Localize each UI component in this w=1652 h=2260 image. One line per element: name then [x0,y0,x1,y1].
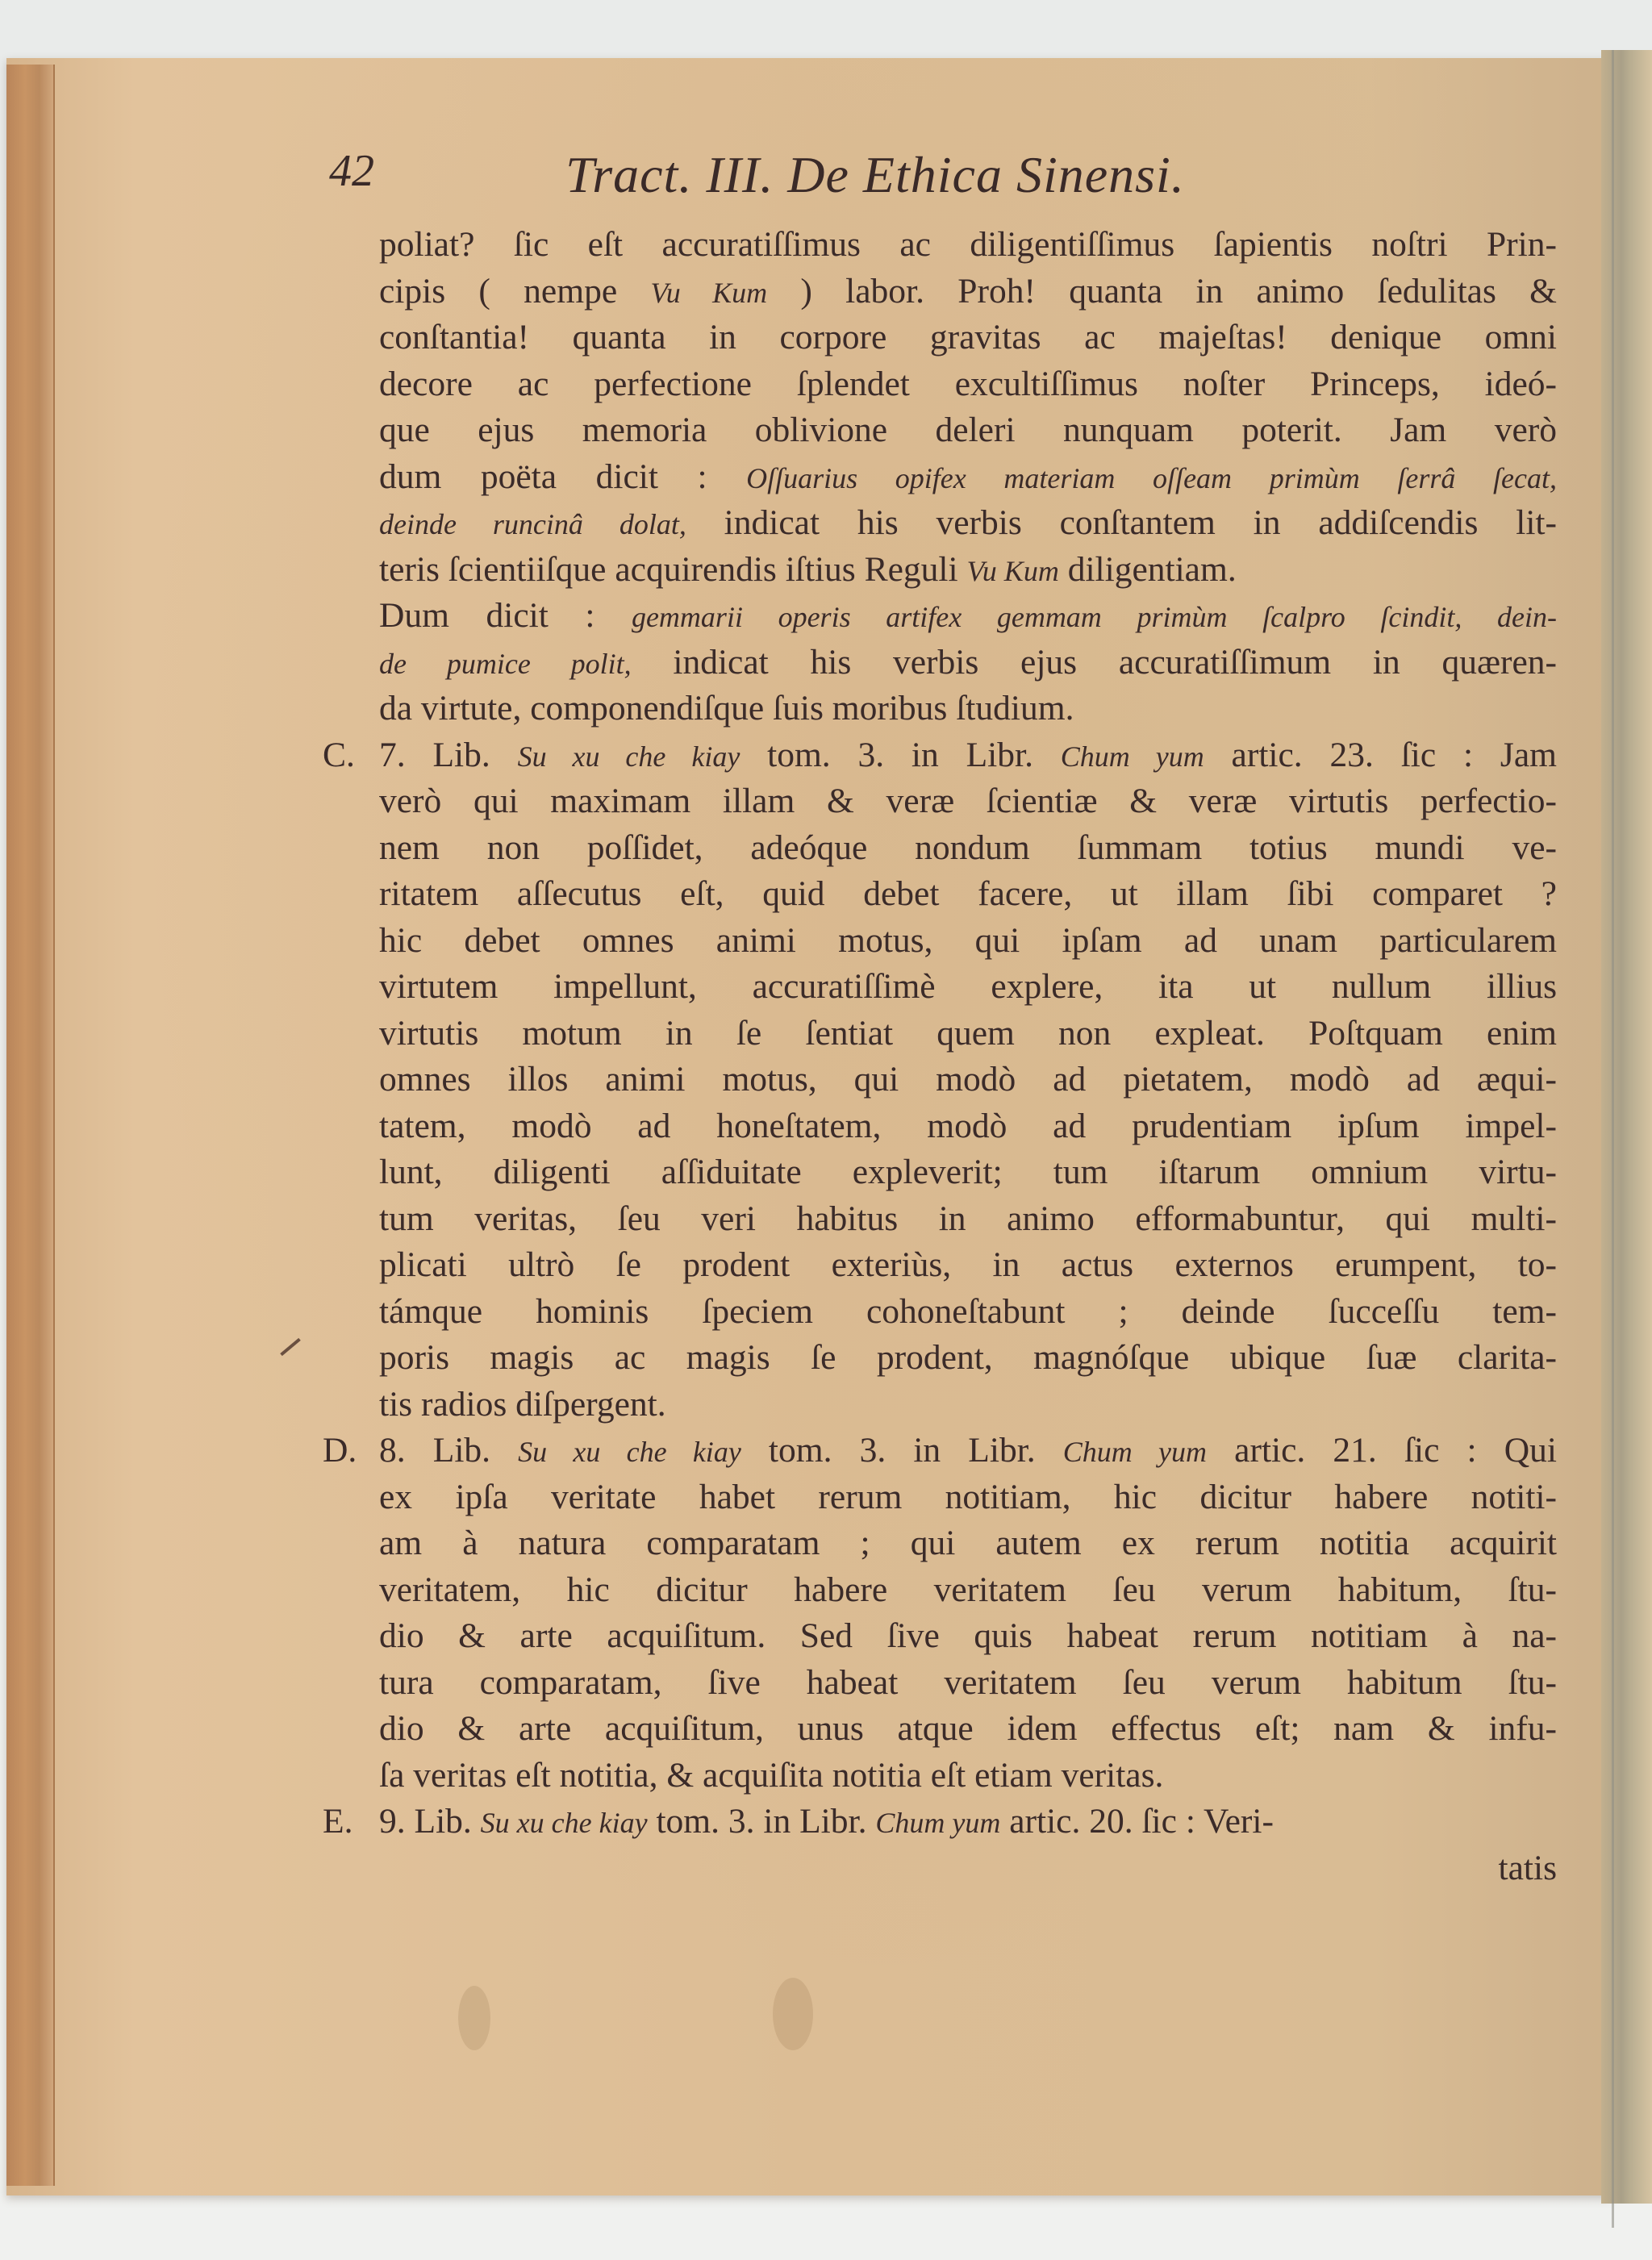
text-line: virtutem impellunt, accuratiſſimè expler… [323,964,1581,1011]
text-line: dio & arte acquiſitum, unus atque idem e… [323,1706,1581,1753]
text-line: deinde runcinâ dolat, indicat his verbis… [323,500,1581,547]
line-text: dio & arte acquiſitum. Sed ſive quis hab… [379,1613,1557,1660]
gutter-fold [1612,50,1614,2228]
italic-term: Su xu che kiay [518,1436,741,1468]
italic-term: deinde runcinâ dolat, [379,508,686,540]
line-text: ritatem aſſecutus eſt, quid debet facere… [379,871,1557,918]
text-run: hic debet omnes animi motus, qui ipſam a… [379,921,1557,960]
text-line: teris ſcientiiſque acquirendis iſtius Re… [323,547,1581,594]
text-line: virtutis motum in ſe ſentiat quem non ex… [323,1011,1581,1057]
line-text: nem non poſſidet, adeóque nondum ſummam … [379,825,1557,872]
text-run: 8. Lib. [379,1431,518,1470]
italic-term: Su xu che kiay [481,1807,648,1839]
italic-term: Vu Kum [966,555,1058,587]
text-line: tatem, modò ad honeſtatem, modò ad prude… [323,1103,1581,1150]
catchword: tatis [323,1845,1557,1892]
text-run: ſa veritas eſt notitia, & acquiſita noti… [379,1756,1163,1795]
text-run: ritatem aſſecutus eſt, quid debet facere… [379,874,1557,913]
stain [773,1978,813,2050]
text-line: de pumice polit, indicat his verbis ejus… [323,640,1581,686]
note-label: D. [323,1428,379,1474]
text-line: dio & arte acquiſitum. Sed ſive quis hab… [323,1613,1581,1660]
text-run: Dum dicit : [379,596,632,635]
line-text: conſtantia! quanta in corpore gravitas a… [379,315,1557,361]
text-run: diligentiam. [1059,550,1237,589]
text-run: dio & arte acquiſitum, unus atque idem e… [379,1709,1557,1748]
line-text: dum poëta dicit : Oſſuarius opifex mater… [379,454,1557,502]
line-text: poliat? ſic eſt accuratiſſimus ac dilige… [379,222,1557,269]
text-run: támque hominis ſpeciem cohoneſtabunt ; d… [379,1292,1557,1331]
line-text: am à natura comparatam ; qui autem ex re… [379,1520,1557,1567]
text-run: tis radios diſpergent. [379,1385,666,1424]
text-run: indicat his verbis ejus accuratiſſimum i… [632,643,1557,682]
note-line: C.7. Lib. Su xu che kiay tom. 3. in Libr… [323,732,1581,779]
line-text: lunt, diligenti aſſiduitate expleverit; … [379,1149,1557,1196]
line-text: 8. Lib. Su xu che kiay tom. 3. in Libr. … [379,1428,1557,1476]
text-line: omnes illos animi motus, qui modò ad pie… [323,1057,1581,1103]
text-run: tom. 3. in Libr. [648,1802,876,1841]
text-run: 7. Lib. [379,736,518,774]
text-run: artic. 23. ſic : Jam [1204,736,1557,774]
text-line: am à natura comparatam ; qui autem ex re… [323,1520,1581,1567]
note-label: C. [323,732,379,779]
text-run: da virtute, componendiſque ſuis moribus … [379,689,1074,728]
text-line: poris magis ac magis ſe prodent, magnóſq… [323,1335,1581,1382]
text-run: decore ac perfectione ſplendet excultiſſ… [379,365,1557,403]
text-run: tura comparatam, ſive habeat veritatem ſ… [379,1663,1557,1702]
italic-term: Su xu che kiay [518,740,740,773]
text-line: nem non poſſidet, adeóque nondum ſummam … [323,825,1581,872]
italic-term: Chum yum [1063,1436,1207,1468]
line-text: plicati ultrò ſe prodent exteriùs, in ac… [379,1242,1557,1289]
text-run: poliat? ſic eſt accuratiſſimus ac dilige… [379,225,1557,264]
text-run: cipis ( nempe [379,272,650,311]
stain [458,1986,490,2050]
line-text: hic debet omnes animi motus, qui ipſam a… [379,918,1557,965]
line-text: omnes illos animi motus, qui modò ad pie… [379,1057,1557,1103]
note-line: D.8. Lib. Su xu che kiay tom. 3. in Libr… [323,1428,1581,1474]
text-run: dum poëta dicit : [379,457,746,496]
line-text: 7. Lib. Su xu che kiay tom. 3. in Libr. … [379,732,1557,781]
text-line: conſtantia! quanta in corpore gravitas a… [323,315,1581,361]
line-text: tura comparatam, ſive habeat veritatem ſ… [379,1660,1557,1707]
line-text: virtutis motum in ſe ſentiat quem non ex… [379,1011,1557,1057]
text-line: lunt, diligenti aſſiduitate expleverit; … [323,1149,1581,1196]
body-text: poliat? ſic eſt accuratiſſimus ac dilige… [323,222,1581,1891]
line-text: dio & arte acquiſitum, unus atque idem e… [379,1706,1557,1753]
text-run: tom. 3. in Libr. [740,736,1060,774]
text-line: verò qui maximam illam & veræ ſcientiæ &… [323,778,1581,825]
text-line: cipis ( nempe Vu Kum ) labor. Proh! quan… [323,269,1581,315]
text-line: Dum dicit : gemmarii operis artifex gemm… [323,593,1581,640]
note-line: E.9. Lib. Su xu che kiay tom. 3. in Libr… [323,1799,1581,1845]
line-text: verò qui maximam illam & veræ ſcientiæ &… [379,778,1557,825]
line-text: da virtute, componendiſque ſuis moribus … [379,686,1557,732]
text-run: indicat his verbis conſtantem in addiſce… [686,503,1557,542]
line-text: tatem, modò ad honeſtatem, modò ad prude… [379,1103,1557,1150]
text-run: tom. 3. in Libr. [741,1431,1063,1470]
line-text: virtutem impellunt, accuratiſſimè expler… [379,964,1557,1011]
line-text: 9. Lib. Su xu che kiay tom. 3. in Libr. … [379,1799,1557,1847]
text-line: plicati ultrò ſe prodent exteriùs, in ac… [323,1242,1581,1289]
line-text: de pumice polit, indicat his verbis ejus… [379,640,1557,688]
text-run: que ejus memoria oblivione deleri nunqua… [379,411,1557,449]
italic-term: de pumice polit, [379,648,632,680]
text-run: 9. Lib. [379,1802,481,1841]
text-run: virtutis motum in ſe ſentiat quem non ex… [379,1014,1557,1053]
line-text: támque hominis ſpeciem cohoneſtabunt ; d… [379,1289,1557,1336]
text-run: artic. 21. ſic : Qui [1207,1431,1557,1470]
text-run: am à natura comparatam ; qui autem ex re… [379,1524,1557,1562]
text-line: da virtute, componendiſque ſuis moribus … [323,686,1581,732]
text-run: ) labor. Proh! quanta in animo ſedulitas… [767,272,1557,311]
text-line: tura comparatam, ſive habeat veritatem ſ… [323,1660,1581,1707]
italic-term: Vu Kum [650,277,767,309]
text-line: ritatem aſſecutus eſt, quid debet facere… [323,871,1581,918]
text-run: tatem, modò ad honeſtatem, modò ad prude… [379,1107,1557,1145]
text-run: lunt, diligenti aſſiduitate expleverit; … [379,1153,1557,1191]
text-run: tum veritas, ſeu veri habitus in animo e… [379,1199,1557,1238]
text-line: hic debet omnes animi motus, qui ipſam a… [323,918,1581,965]
text-run: omnes illos animi motus, qui modò ad pie… [379,1060,1557,1099]
line-text: deinde runcinâ dolat, indicat his verbis… [379,500,1557,548]
line-text: que ejus memoria oblivione deleri nunqua… [379,407,1557,454]
page-number: 42 [329,145,374,197]
line-text: ex ipſa veritate habet rerum notitiam, h… [379,1474,1557,1521]
running-title: Tract. III. De Ethica Sinensi. [440,145,1311,205]
text-line: tis radios diſpergent. [323,1382,1581,1428]
text-line: tum veritas, ſeu veri habitus in animo e… [323,1196,1581,1243]
text-line: veritatem, hic dicitur habere veritatem … [323,1567,1581,1614]
text-run: plicati ultrò ſe prodent exteriùs, in ac… [379,1245,1557,1284]
italic-term: gemmarii operis artifex gemmam primùm ſc… [632,601,1557,633]
running-header: 42 Tract. III. De Ethica Sinensi. [0,145,1652,210]
note-label: E. [323,1799,379,1845]
italic-term: Chum yum [875,1807,1000,1839]
line-text: ſa veritas eſt notitia, & acquiſita noti… [379,1753,1557,1799]
line-text: veritatem, hic dicitur habere veritatem … [379,1567,1557,1614]
text-run: nem non poſſidet, adeóque nondum ſummam … [379,828,1557,867]
line-text: tis radios diſpergent. [379,1382,1557,1428]
text-run: veritatem, hic dicitur habere veritatem … [379,1570,1557,1609]
text-run: artic. 20. ſic : Veri- [1000,1802,1274,1841]
text-line: dum poëta dicit : Oſſuarius opifex mater… [323,454,1581,501]
text-run: virtutem impellunt, accuratiſſimè expler… [379,967,1557,1006]
line-text: poris magis ac magis ſe prodent, magnóſq… [379,1335,1557,1382]
line-text: Dum dicit : gemmarii operis artifex gemm… [379,593,1557,641]
text-line: que ejus memoria oblivione deleri nunqua… [323,407,1581,454]
page-stack-edge [6,65,55,2186]
text-run: teris ſcientiiſque acquirendis iſtius Re… [379,550,966,589]
text-line: poliat? ſic eſt accuratiſſimus ac dilige… [323,222,1581,269]
text-run: dio & arte acquiſitum. Sed ſive quis hab… [379,1616,1557,1655]
line-text: tum veritas, ſeu veri habitus in animo e… [379,1196,1557,1243]
italic-term: Chum yum [1061,740,1204,773]
line-text: decore ac perfectione ſplendet excultiſſ… [379,361,1557,408]
text-line: ex ipſa veritate habet rerum notitiam, h… [323,1474,1581,1521]
italic-term: Oſſuarius opifex materiam oſſeam primùm … [746,462,1557,494]
text-run: ex ipſa veritate habet rerum notitiam, h… [379,1478,1557,1516]
text-line: decore ac perfectione ſplendet excultiſſ… [323,361,1581,408]
text-run: poris magis ac magis ſe prodent, magnóſq… [379,1338,1557,1377]
line-text: teris ſcientiiſque acquirendis iſtius Re… [379,547,1557,595]
text-run: conſtantia! quanta in corpore gravitas a… [379,318,1557,357]
text-line: ſa veritas eſt notitia, & acquiſita noti… [323,1753,1581,1799]
line-text: cipis ( nempe Vu Kum ) labor. Proh! quan… [379,269,1557,317]
text-line: támque hominis ſpeciem cohoneſtabunt ; d… [323,1289,1581,1336]
text-run: verò qui maximam illam & veræ ſcientiæ &… [379,782,1557,820]
gutter-facing-page [1601,50,1652,2204]
